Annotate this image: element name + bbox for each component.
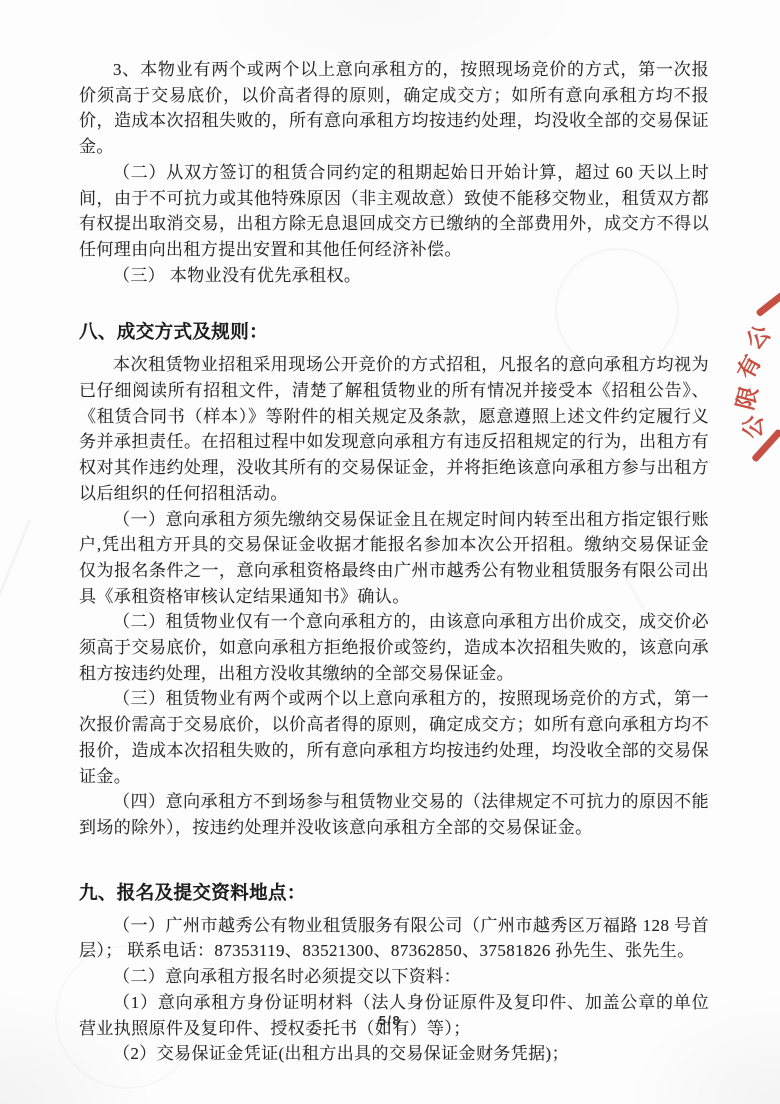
paragraph-clause-8-4: （四）意向承租方不到场参与租赁物业交易的（法律规定不可抗力的原因不能到场的除外）… — [79, 789, 709, 840]
paragraph-clause-8-1: （一）意向承租方须先缴纳交易保证金且在规定时间内转至出租方指定银行账户,凭出租方… — [79, 507, 709, 610]
seal-character: 有 — [731, 349, 766, 384]
paragraph-clause-8-2: （二）租赁物业仅有一个意向承租方的，由该意向承租方出价成交，成交价必须高于交易底… — [79, 609, 709, 686]
official-seal-stamp: 公 有 限 公 — [733, 292, 780, 462]
paragraph-section8-intro: 本次租赁物业招租采用现场公开竞价的方式招租，凡报名的意向承租方均视为已仔细阅读所… — [79, 352, 709, 506]
section-heading-8: 八、成交方式及规则： — [79, 318, 709, 346]
seal-character: 公 — [740, 414, 767, 441]
document-body: 3、本物业有两个或两个以上意向承租方的，按照现场竞价的方式，第一次报价须高于交易… — [79, 57, 709, 1067]
watermark-line — [0, 519, 31, 641]
paragraph-item-3: 3、本物业有两个或两个以上意向承租方的，按照现场竞价的方式，第一次报价须高于交易… — [79, 57, 709, 160]
document-page: 3、本物业有两个或两个以上意向承租方的，按照现场竞价的方式，第一次报价须高于交易… — [0, 0, 780, 1104]
paragraph-clause-8-3: （三）租赁物业有两个或两个以上意向承租方的，按照现场竞价的方式，第一次报价需高于… — [79, 686, 709, 789]
page-number: 5/8 — [0, 1013, 780, 1028]
section-heading-9: 九、报名及提交资料地点： — [79, 879, 709, 907]
seal-stroke-icon — [755, 286, 780, 317]
paragraph-material-2: （2）交易保证金凭证(出租方出具的交易保证金财务凭据)； — [79, 1041, 709, 1067]
paragraph-clause-9-1: （一）广州市越秀公有物业租赁服务有限公司（广州市越秀区万福路 128 号首层）；… — [79, 913, 709, 964]
paragraph-clause-9-2: （二）意向承租方报名时必须提交以下资料： — [79, 964, 709, 990]
paragraph-clause-7-2: （二）从双方签订的租赁合同约定的租期起始日开始计算，超过 60 天以上时间，由于… — [79, 160, 709, 263]
seal-character: 限 — [731, 382, 763, 414]
paragraph-clause-7-3: （三） 本物业没有优先承租权。 — [79, 263, 709, 289]
